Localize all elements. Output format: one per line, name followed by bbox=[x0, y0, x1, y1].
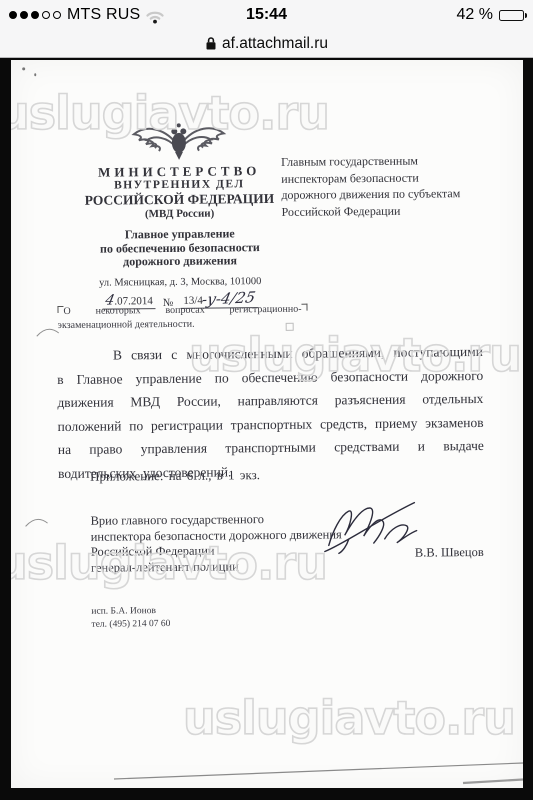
ministry-line: (МВД России) bbox=[58, 207, 302, 222]
signer-line: генерал-лейтенант полиции bbox=[91, 557, 391, 575]
address-line: ул. Мясницкая, д. 3, Москва, 101000 bbox=[58, 275, 302, 289]
addressee-line: Главным государственным bbox=[281, 152, 486, 170]
scan-speck bbox=[34, 73, 36, 76]
field-corner-right bbox=[301, 304, 307, 311]
scan-speck bbox=[22, 67, 25, 70]
document-page: МИНИСТЕРСТВО ВНУТРЕННИХ ДЕЛ РОССИЙСКОЙ Ф… bbox=[11, 60, 523, 788]
letter-body: В связи с многочисленными обращениями, п… bbox=[57, 340, 484, 485]
scan-edge-lines bbox=[11, 748, 523, 788]
browser-viewport: МИНИСТЕРСТВО ВНУТРЕННИХ ДЕЛ РОССИЙСКОЙ Ф… bbox=[0, 58, 533, 799]
department-line: дорожного движения bbox=[58, 254, 302, 270]
status-bar: MTS RUS 15:44 42 % bbox=[0, 0, 533, 30]
signal-strength-icon bbox=[9, 11, 61, 19]
addressee-block: Главным государственным инспекторам безо… bbox=[281, 152, 487, 220]
subject-line: О некоторых вопросах регистрационно- bbox=[63, 304, 301, 317]
scan-arc-mark bbox=[23, 514, 49, 528]
lock-icon bbox=[205, 36, 217, 51]
url-bar[interactable]: af.attachmail.ru bbox=[0, 30, 533, 58]
iphone-screen: MTS RUS 15:44 42 % af.attachmail.ru bbox=[0, 0, 533, 800]
status-right: 42 % bbox=[457, 6, 524, 24]
ministry-line: РОССИЙСКОЙ ФЕДЕРАЦИИ bbox=[57, 191, 301, 209]
attachment-line: Приложение: на 6 л., в 1 экз. bbox=[90, 467, 260, 485]
scan-square-mark bbox=[286, 323, 294, 331]
clock-label: 15:44 bbox=[246, 6, 287, 24]
status-left: MTS RUS bbox=[9, 6, 165, 24]
signer-name: В.В. Швецов bbox=[415, 545, 484, 561]
carrier-label: MTS RUS bbox=[67, 6, 140, 24]
wifi-icon bbox=[145, 9, 165, 24]
subject-line: экзаменационной деятельности. bbox=[58, 316, 308, 332]
url-text: af.attachmail.ru bbox=[222, 35, 328, 53]
mvd-eagle-emblem bbox=[131, 120, 227, 161]
addressee-line: Российской Федерации bbox=[281, 201, 486, 219]
executor-name: исп. Б.А. Ионов bbox=[91, 605, 170, 618]
scan-arc-mark bbox=[35, 324, 61, 338]
executor-phone: тел. (495) 214 07 60 bbox=[91, 617, 170, 630]
subject-block: О некоторых вопросах регистрационно- экз… bbox=[57, 303, 307, 332]
letterhead: МИНИСТЕРСТВО ВНУТРЕННИХ ДЕЛ РОССИЙСКОЙ Ф… bbox=[57, 120, 303, 310]
battery-percent-label: 42 % bbox=[457, 6, 493, 24]
executor-block: исп. Б.А. Ионов тел. (495) 214 07 60 bbox=[91, 605, 170, 631]
addressee-line: дорожного движения по субъектам bbox=[281, 185, 486, 203]
battery-icon bbox=[499, 10, 524, 21]
addressee-line: инспекторам безопасности bbox=[281, 168, 486, 186]
